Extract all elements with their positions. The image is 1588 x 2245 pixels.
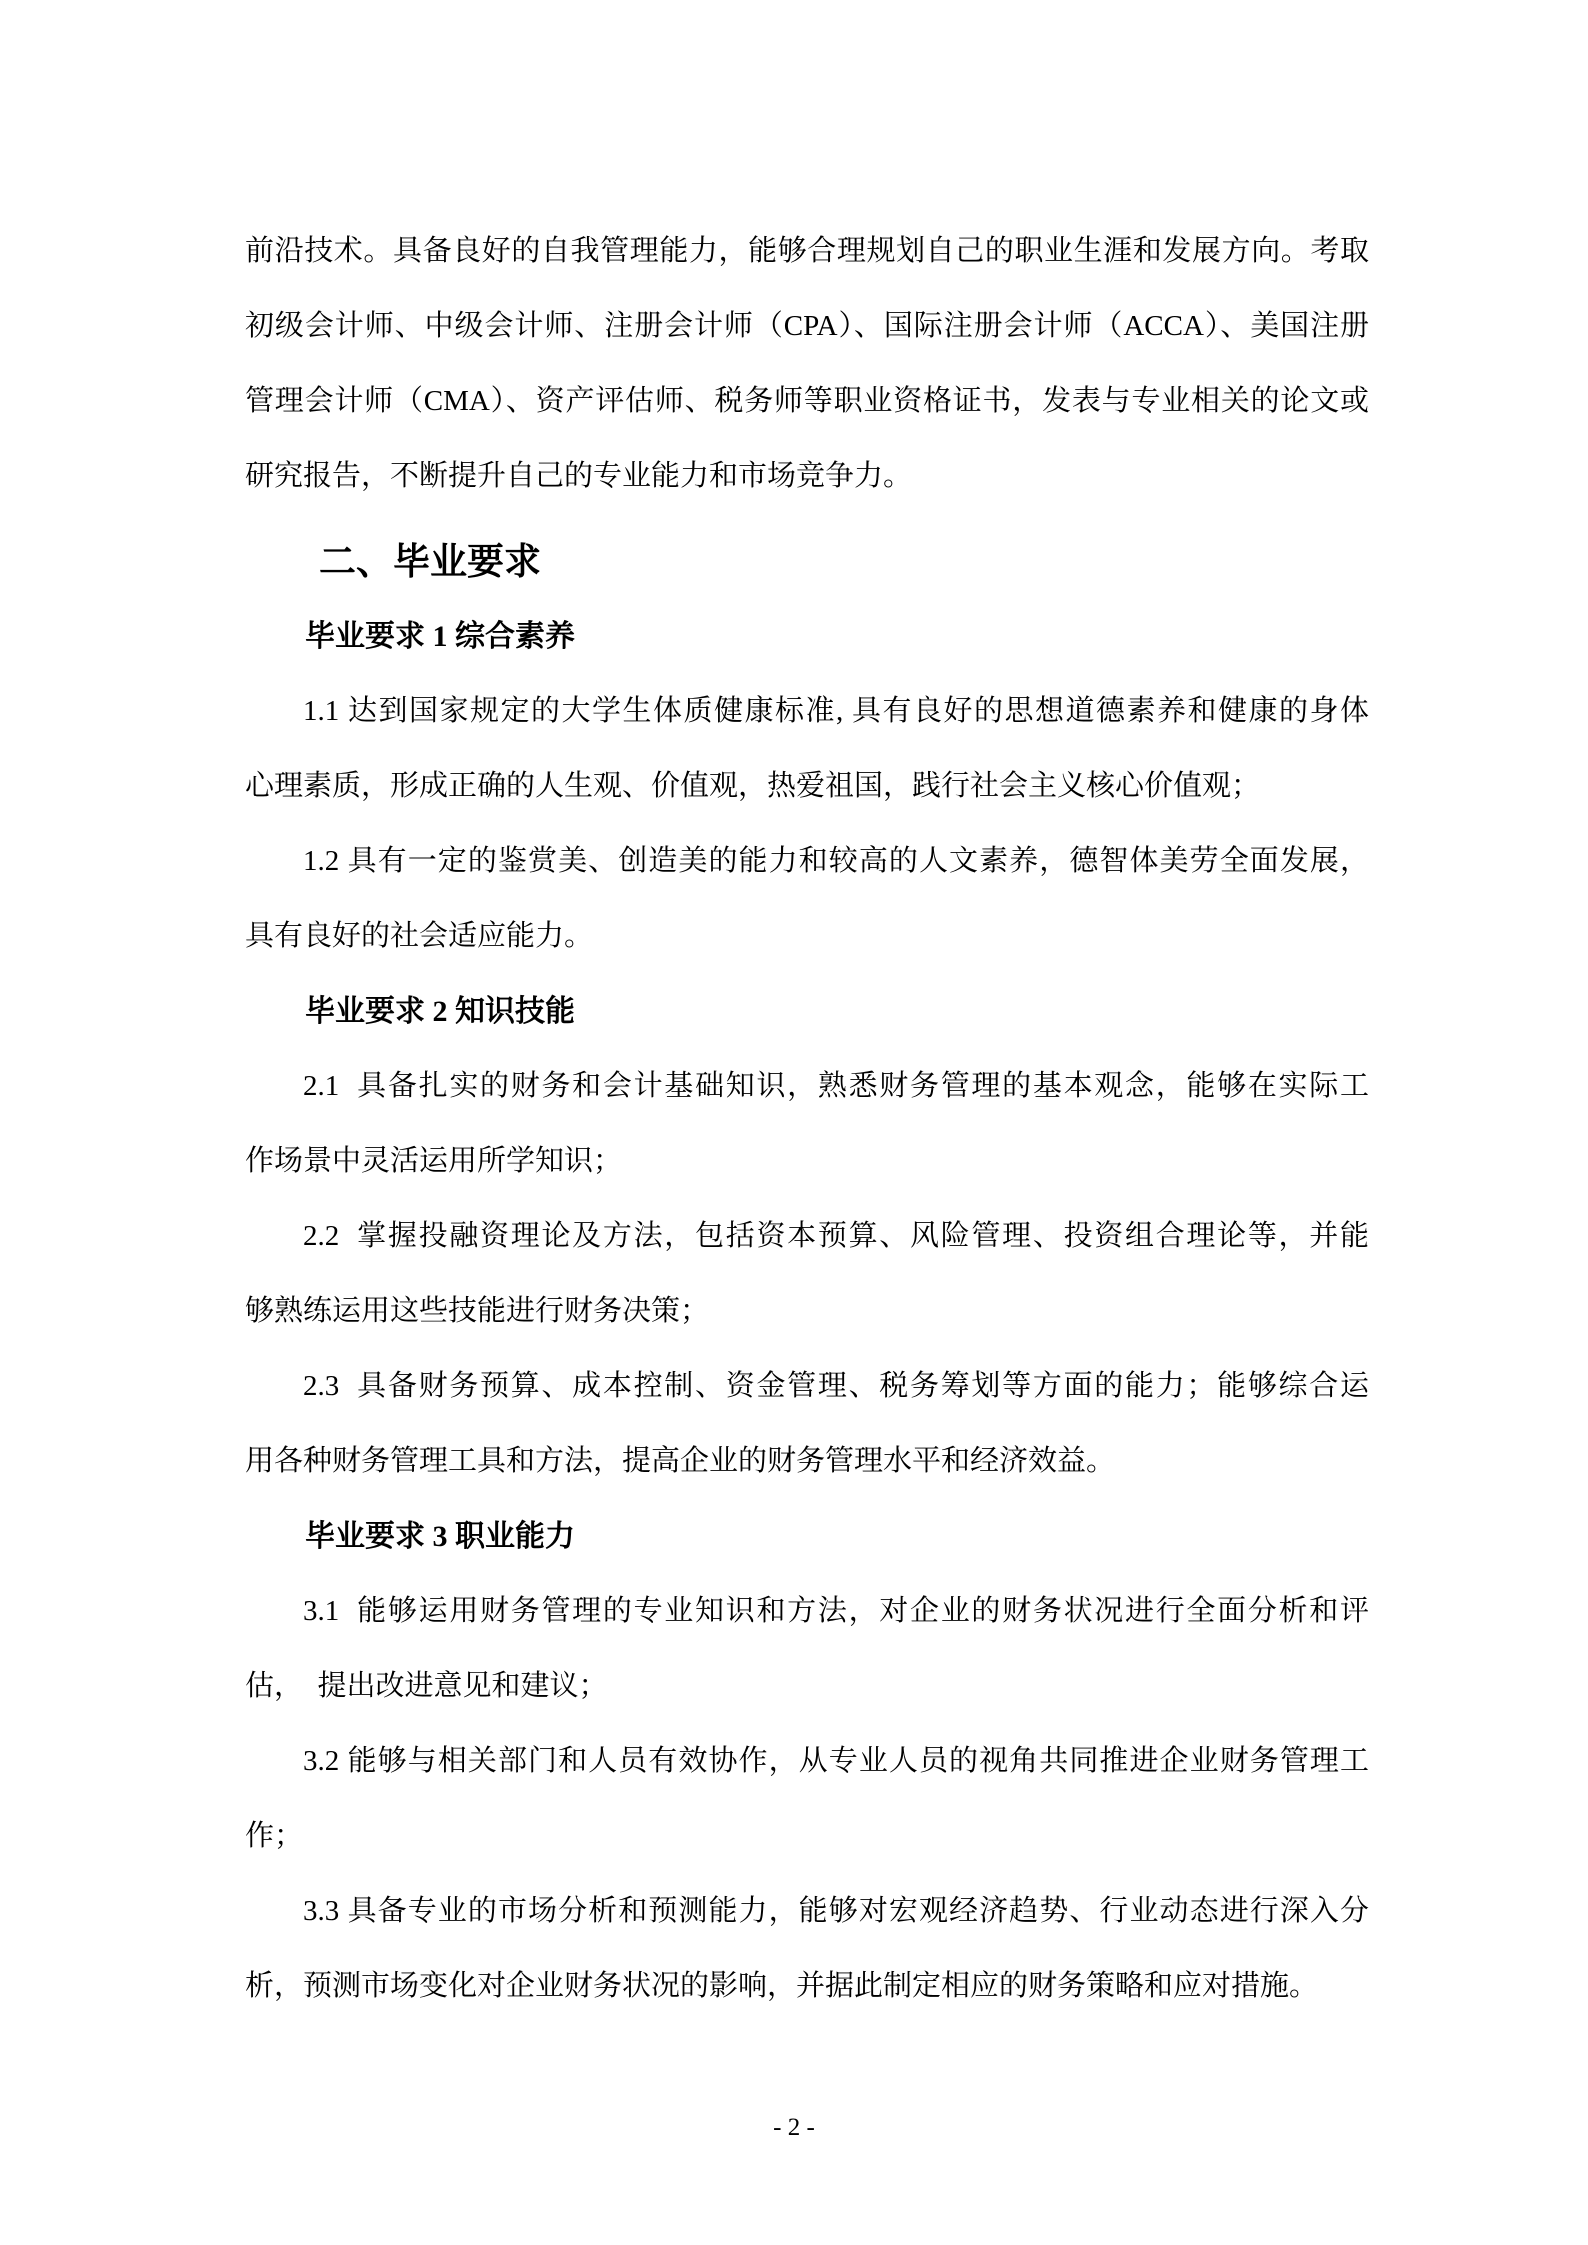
text-line: 析，预测市场变化对企业财务状况的影响，并据此制定相应的财务策略和应对措施。 [245,1949,1369,2024]
text-line: 估， 提出改进意见和建议； [245,1649,1369,1724]
text-line: 2.1 具备扎实的财务和会计基础知识，熟悉财务管理的基本观念，能够在实际工 [245,1049,1369,1124]
text-line: 用各种财务管理工具和方法，提高企业的财务管理水平和经济效益。 [245,1424,1369,1499]
document-content: 前沿技术。具备良好的自我管理能力，能够合理规划自己的职业生涯和发展方向。考取初级… [245,214,1369,2024]
text-line: 3.2 能够与相关部门和人员有效协作，从专业人员的视角共同推进企业财务管理工 [245,1724,1369,1799]
page-footer: - 2 - [0,2108,1588,2148]
subsection-heading: 毕业要求 2 知识技能 [245,974,1369,1049]
text-line: 2.3 具备财务预算、成本控制、资金管理、税务筹划等方面的能力；能够综合运 [245,1349,1369,1424]
text-line: 心理素质，形成正确的人生观、价值观，热爱祖国，践行社会主义核心价值观； [245,749,1369,824]
text-line: 作； [245,1799,1369,1874]
text-line: 1.2 具有一定的鉴赏美、创造美的能力和较高的人文素养，德智体美劳全面发展， [245,824,1369,899]
text-line: 1.1 达到国家规定的大学生体质健康标准, 具有良好的思想道德素养和健康的身体 [245,674,1369,749]
page-number: - 2 - [773,2114,815,2141]
document-page: 前沿技术。具备良好的自我管理能力，能够合理规划自己的职业生涯和发展方向。考取初级… [0,0,1588,2245]
text-line: 2.2 掌握投融资理论及方法，包括资本预算、风险管理、投资组合理论等，并能 [245,1199,1369,1274]
subsection-heading: 毕业要求 3 职业能力 [245,1499,1369,1574]
text-line: 前沿技术。具备良好的自我管理能力，能够合理规划自己的职业生涯和发展方向。考取 [245,214,1369,289]
text-line: 作场景中灵活运用所学知识； [245,1124,1369,1199]
text-line: 研究报告，不断提升自己的专业能力和市场竞争力。 [245,439,1369,514]
text-line: 初级会计师、中级会计师、注册会计师（CPA）、国际注册会计师（ACCA）、美国注… [245,289,1369,364]
subsection-heading: 毕业要求 1 综合素养 [245,599,1369,674]
text-line: 3.1 能够运用财务管理的专业知识和方法，对企业的财务状况进行全面分析和评 [245,1574,1369,1649]
text-line: 3.3 具备专业的市场分析和预测能力，能够对宏观经济趋势、行业动态进行深入分 [245,1874,1369,1949]
text-line: 具有良好的社会适应能力。 [245,899,1369,974]
section-heading: 二、毕业要求 [245,524,1369,599]
text-line: 够熟练运用这些技能进行财务决策； [245,1274,1369,1349]
text-line: 管理会计师（CMA）、资产评估师、税务师等职业资格证书，发表与专业相关的论文或 [245,364,1369,439]
heading-spacer [245,514,1369,524]
